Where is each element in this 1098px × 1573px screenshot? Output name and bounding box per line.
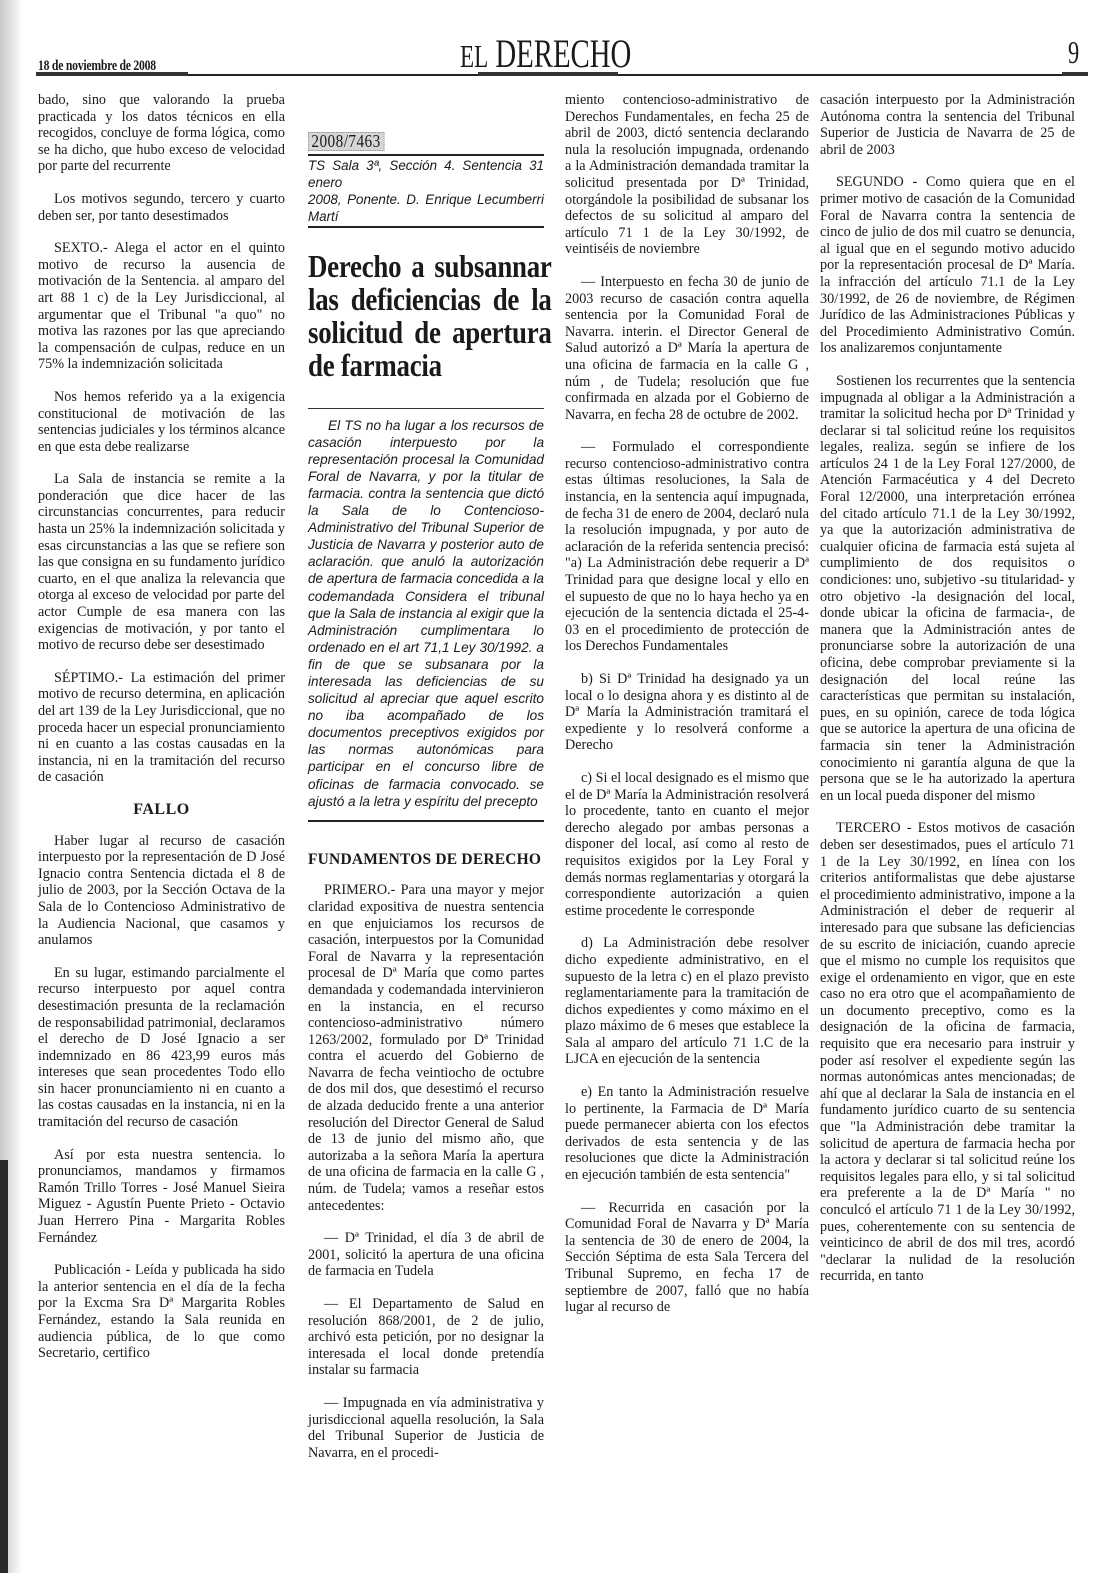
paragraph: casación interpuesto por la Administraci… <box>820 92 1075 158</box>
paragraph: Publicación - Leída y publicada ha sido … <box>38 1262 285 1362</box>
case-meta-line: TS Sala 3ª, Sección 4. Sentencia 31 ener… <box>308 157 544 191</box>
paragraph: e) En tanto la Administración resuelve l… <box>565 1084 809 1184</box>
case-reference-number: 2008/7463 <box>308 132 384 151</box>
case-metadata: TS Sala 3ª, Sección 4. Sentencia 31 ener… <box>308 154 544 228</box>
paragraph: miento contencioso-administrativo de Der… <box>565 92 809 258</box>
paragraph: Sostienen los recurrentes que la sentenc… <box>820 373 1075 804</box>
paragraph: bado, sino que valorando la prueba pract… <box>38 92 285 175</box>
case-meta-line: 2008, Ponente. D. Enrique Lecumberri Mar… <box>308 191 544 225</box>
date-underline <box>36 72 188 76</box>
paragraph: En su lugar, estimando parcialmente el r… <box>38 965 285 1131</box>
page-number: 9 <box>1068 34 1079 71</box>
paragraph: — Formulado el correspondiente recurso c… <box>565 439 809 655</box>
scan-binding-edge <box>0 1160 8 1573</box>
section-heading: FUNDAMENTOS DE DERECHO <box>308 852 544 869</box>
newspaper-title: EL DERECHO <box>460 30 631 77</box>
page-underline <box>1062 72 1088 76</box>
masthead: 18 de noviembre de 2008 EL DERECHO 9 <box>0 0 1098 80</box>
column-3: miento contencioso-administrativo de Der… <box>565 92 809 1332</box>
paragraph: b) Si Dª Trinidad ha designado ya un loc… <box>565 671 809 754</box>
paragraph: — Dª Trinidad, el día 3 de abril de 2001… <box>308 1230 544 1280</box>
paragraph: SEXTO.- Alega el actor en el quinto moti… <box>38 240 285 373</box>
newspaper-title-main: DERECHO <box>495 31 631 76</box>
column-1: bado, sino que valorando la prueba pract… <box>38 92 285 1378</box>
paragraph: La Sala de instancia se remite a la pond… <box>38 471 285 654</box>
article-summary: El TS no ha lugar a los recursos de casa… <box>308 408 544 822</box>
newspaper-title-prefix: EL <box>460 38 488 74</box>
paragraph: — Impugnada en vía administrativa y juri… <box>308 1395 544 1461</box>
paragraph: Los motivos segundo, tercero y cuarto de… <box>38 191 285 224</box>
paragraph: Haber lugar al recurso de casación inter… <box>38 833 285 949</box>
paragraph: — Recurrida en casación por la Comunidad… <box>565 1200 809 1316</box>
column-2: 2008/7463 TS Sala 3ª, Sección 4. Sentenc… <box>308 92 544 1477</box>
paragraph: Nos hemos referido ya a la exigencia con… <box>38 389 285 455</box>
article-headline: Derecho a subsannar las deficiencias de … <box>308 250 552 382</box>
summary-text: El TS no ha lugar a los recursos de casa… <box>308 417 544 810</box>
paragraph: PRIMERO.- Para una mayor y mejor clarida… <box>308 882 544 1214</box>
title-underline <box>478 72 618 76</box>
column-4: casación interpuesto por la Administraci… <box>820 92 1075 1301</box>
paragraph: — Interpuesto en fecha 30 de junio de 20… <box>565 274 809 423</box>
paragraph: SEGUNDO - Como quiera que en el primer m… <box>820 174 1075 357</box>
fallo-heading: FALLO <box>38 802 285 819</box>
paragraph: Así por esta nuestra sentencia. lo pronu… <box>38 1147 285 1247</box>
paragraph: d) La Administración debe resolver dicho… <box>565 935 809 1068</box>
paragraph: c) Si el local designado es el mismo que… <box>565 770 809 919</box>
paragraph: — El Departamento de Salud en resolución… <box>308 1296 544 1379</box>
paragraph: TERCERO - Estos motivos de casación debe… <box>820 820 1075 1285</box>
paragraph: SÉPTIMO.- La estimación del primer motiv… <box>38 670 285 786</box>
